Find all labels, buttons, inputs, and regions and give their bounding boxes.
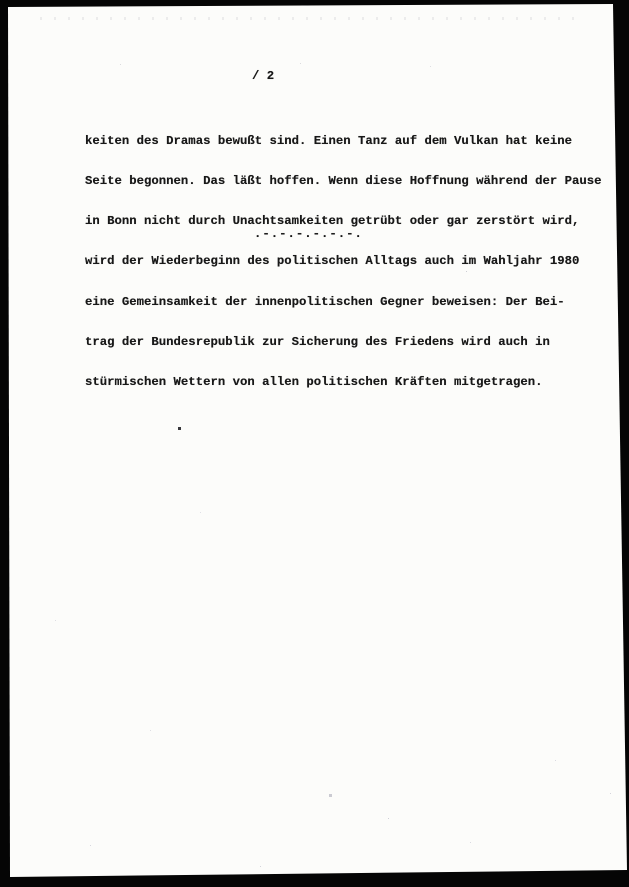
page-number: / 2 — [252, 70, 274, 83]
scan-dust-band — [40, 17, 580, 20]
body-line: eine Gemeinsamkeit der innenpolitischen … — [85, 296, 602, 309]
body-line: keiten des Dramas bewußt sind. Einen Tan… — [85, 135, 602, 148]
body-line: trag der Bundesrepublik zur Sicherung de… — [85, 336, 602, 349]
body-line: stürmischen Wettern von allen politische… — [85, 376, 602, 389]
scan-noise-speckles — [0, 0, 1, 1]
body-line: Seite begonnen. Das läßt hoffen. Wenn di… — [85, 175, 602, 188]
section-separator: .-.-.-.-.-.-. — [254, 228, 363, 241]
body-paragraph: keiten des Dramas bewußt sind. Einen Tan… — [85, 108, 602, 416]
body-line: wird der Wiederbeginn des politischen Al… — [85, 255, 602, 268]
scanned-document-page: / 2 keiten des Dramas bewußt sind. Einen… — [0, 0, 629, 887]
